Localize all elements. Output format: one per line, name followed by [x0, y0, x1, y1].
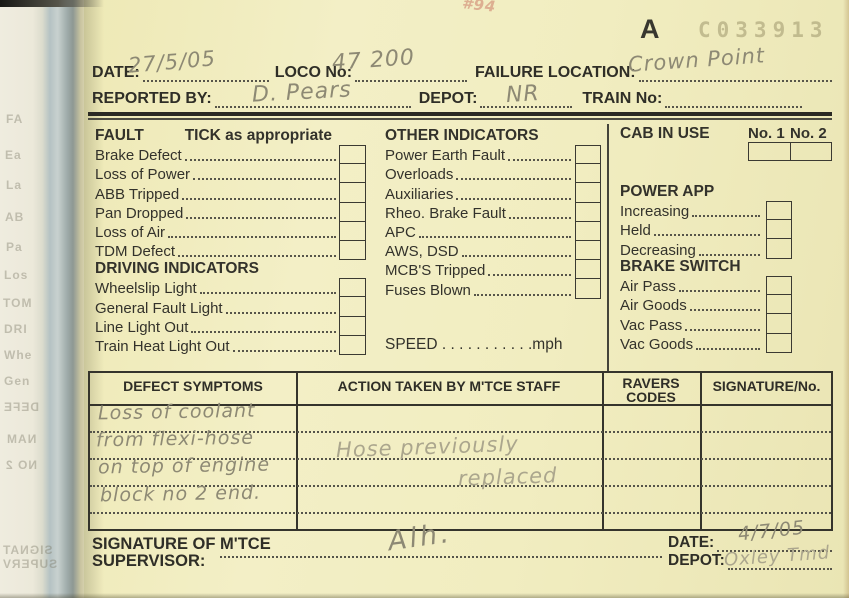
tick-box — [339, 317, 366, 336]
tick-box — [766, 220, 792, 239]
tick-box — [575, 203, 601, 222]
other-indicator-row: Rheo. Brake Fault — [385, 203, 601, 222]
tick-box — [575, 222, 601, 241]
footer-depot-label: DEPOT: — [668, 552, 728, 570]
fault-section: FAULT TICK as appropriate Brake Defect L… — [95, 127, 366, 355]
tick-box — [339, 222, 366, 241]
scan-edge-top — [0, 0, 130, 7]
fault-label: ABB Tripped — [95, 186, 182, 203]
cab-no1-box — [748, 143, 791, 161]
tick-box — [339, 164, 366, 183]
other-indicator-label: Fuses Blown — [385, 282, 474, 299]
train-no-field — [665, 94, 802, 108]
dotted-leader — [185, 159, 336, 161]
power-app-row: Increasing — [620, 201, 832, 220]
tick-box — [339, 278, 366, 297]
supervisor-signature-label: SIGNATURE OF M'TCE SUPERVISOR: — [92, 536, 271, 570]
tick-box — [339, 145, 366, 164]
bleed-text: Pa — [6, 240, 23, 254]
fault-row: Brake Defect — [95, 145, 366, 164]
header-row-2: REPORTED BY: DEPOT: TRAIN No: — [92, 90, 832, 108]
signature-no-header: SIGNATURE/No. — [700, 379, 833, 393]
fault-row: Loss of Power — [95, 164, 366, 183]
fault-label: Loss of Air — [95, 224, 168, 241]
dotted-leader — [685, 329, 760, 331]
dotted-leader — [456, 198, 571, 200]
tick-box — [575, 279, 601, 298]
form-series-letter: A — [640, 14, 660, 45]
driving-indicator-label: Train Heat Light Out — [95, 338, 233, 355]
other-indicator-label: Overloads — [385, 166, 456, 183]
other-indicator-row: AWS, DSD — [385, 241, 601, 260]
depot-handwriting: NR — [505, 81, 540, 108]
bleed-text: Whe — [4, 348, 32, 362]
reported-by-handwriting: D. Pears — [251, 77, 352, 107]
driving-indicator-label: General Fault Light — [95, 300, 226, 317]
dotted-leader — [508, 159, 571, 161]
tick-box — [575, 183, 601, 202]
cab-in-use-section: CAB IN USE No. 1 No. 2 — [620, 125, 832, 161]
bleed-text: AB — [5, 210, 24, 224]
defect-table: DEFECT SYMPTOMS ACTION TAKEN BY M'TCE ST… — [88, 371, 833, 531]
tick-box — [575, 260, 601, 279]
bleed-text: NO 2 — [5, 458, 37, 472]
brake-switch-label: Vac Goods — [620, 336, 696, 353]
fault-title: FAULT — [95, 127, 144, 145]
failure-location-label: FAILURE LOCATION: — [467, 64, 639, 82]
speed-field: SPEED . . . . . . . . . . .mph — [385, 336, 562, 354]
brake-switch-row: Vac Goods — [620, 334, 832, 353]
brake-switch-row: Air Goods — [620, 295, 832, 314]
defect-symptoms-header: DEFECT SYMPTOMS — [90, 379, 296, 393]
tick-box — [766, 201, 792, 220]
driving-indicator-label: Line Light Out — [95, 319, 191, 336]
bleed-text: FA — [6, 112, 23, 126]
tick-box — [766, 276, 792, 295]
driving-indicators-title: DRIVING INDICATORS — [95, 260, 366, 278]
depot-label: DEPOT: — [411, 90, 481, 108]
cab-in-use-title: CAB IN USE — [620, 125, 710, 143]
other-indicators-title: OTHER INDICATORS — [385, 127, 601, 145]
dotted-leader — [699, 254, 760, 256]
power-app-title: POWER APP — [620, 183, 832, 201]
scanned-failure-report-form: FA Ea La AB Pa Los TOM DRI Whe Gen DEFE … — [0, 0, 849, 598]
dotted-leader — [178, 255, 336, 257]
power-app-label: Decreasing — [620, 242, 699, 259]
dotted-leader — [191, 331, 336, 333]
brake-switch-title: BRAKE SWITCH — [620, 258, 832, 276]
cab-in-use-boxes — [748, 143, 832, 161]
other-indicator-row: MCB'S Tripped — [385, 260, 601, 279]
cab-no2-box — [791, 143, 833, 161]
brake-switch-row: Air Pass — [620, 276, 832, 295]
tick-box — [339, 183, 366, 202]
reported-by-label: REPORTED BY: — [92, 90, 215, 108]
scan-edge-right — [843, 0, 849, 598]
power-app-label: Held — [620, 222, 654, 239]
dotted-leader — [226, 312, 336, 314]
dotted-leader — [692, 215, 760, 217]
other-indicator-row: Fuses Blown — [385, 279, 601, 298]
dotted-leader — [654, 234, 760, 236]
dotted-leader — [193, 178, 336, 180]
dotted-leader — [419, 236, 571, 238]
dotted-leader — [168, 236, 336, 238]
dotted-leader — [233, 350, 336, 352]
defect-handwriting-line: block no 2 end. — [100, 482, 261, 507]
tick-box — [766, 239, 792, 258]
tick-box — [766, 314, 792, 333]
action-taken-header: ACTION TAKEN BY M'TCE STAFF — [296, 379, 602, 393]
dotted-leader — [696, 348, 760, 350]
power-app-row: Held — [620, 220, 832, 239]
book-spine: FA Ea La AB Pa Los TOM DRI Whe Gen DEFE … — [0, 0, 96, 598]
bleed-text: SIGNAT — [2, 543, 52, 557]
defect-handwriting-line: on top of engine — [98, 454, 270, 479]
other-indicator-label: Rheo. Brake Fault — [385, 205, 509, 222]
bleed-text: SUPERV — [2, 557, 57, 571]
tick-box — [339, 241, 366, 260]
power-app-section: POWER APP Increasing Held Decreasing — [620, 183, 832, 259]
fault-row: ABB Tripped — [95, 183, 366, 202]
action-handwriting-line: replaced — [458, 463, 558, 490]
other-indicator-label: Auxiliaries — [385, 186, 456, 203]
brake-switch-section: BRAKE SWITCH Air Pass Air Goods Vac Pass… — [620, 258, 832, 353]
brake-switch-row: Vac Pass — [620, 314, 832, 333]
tick-box — [575, 164, 601, 183]
dotted-leader — [182, 198, 336, 200]
train-no-label: TRAIN No: — [572, 90, 665, 108]
cab-no2-label: No. 2 — [790, 125, 832, 142]
fault-label: Pan Dropped — [95, 205, 186, 222]
driving-indicator-row: Wheelslip Light — [95, 278, 366, 297]
other-indicator-row: APC — [385, 222, 601, 241]
dotted-leader — [474, 294, 571, 296]
other-indicator-label: APC — [385, 224, 419, 241]
defect-handwriting-line: from flexi-hose — [96, 427, 254, 452]
cab-no1-label: No. 1 — [748, 125, 790, 142]
brake-switch-label: Air Pass — [620, 278, 679, 295]
other-indicator-label: Power Earth Fault — [385, 147, 508, 164]
tick-box — [339, 336, 366, 355]
other-indicators-section: OTHER INDICATORS Power Earth Fault Overl… — [385, 127, 601, 299]
dotted-leader — [488, 274, 571, 276]
other-indicator-row: Power Earth Fault — [385, 145, 601, 164]
driving-indicator-label: Wheelslip Light — [95, 280, 200, 297]
header-separator-thin — [88, 118, 832, 120]
brake-switch-label: Air Goods — [620, 297, 690, 314]
tick-box — [575, 145, 601, 164]
fault-label: TDM Defect — [95, 243, 178, 260]
dotted-leader — [186, 217, 336, 219]
dotted-leader — [679, 290, 760, 292]
table-vline — [296, 373, 298, 529]
fault-label: Loss of Power — [95, 166, 193, 183]
defect-handwriting-line: Loss of coolant — [98, 400, 256, 425]
bleed-text: NAM — [6, 432, 36, 446]
dotted-leader — [690, 309, 760, 311]
bleed-text: Los — [4, 268, 28, 282]
fault-label: Brake Defect — [95, 147, 185, 164]
driving-indicator-row: General Fault Light — [95, 297, 366, 316]
other-indicator-label: AWS, DSD — [385, 243, 462, 260]
power-app-label: Increasing — [620, 203, 692, 220]
other-indicator-label: MCB'S Tripped — [385, 262, 488, 279]
cab-number-headers: No. 1 No. 2 — [748, 125, 832, 143]
scan-edge-bottom — [0, 593, 849, 598]
other-indicator-row: Overloads — [385, 164, 601, 183]
bleed-text: DRI — [4, 322, 28, 336]
column-divider — [607, 124, 609, 371]
tick-box — [339, 297, 366, 316]
fault-row: Loss of Air — [95, 222, 366, 241]
bleed-text: DEFE — [3, 400, 39, 414]
header-separator — [88, 112, 832, 116]
dotted-leader — [200, 292, 336, 294]
footer-date-label: DATE: — [668, 534, 717, 552]
supervisor-signature-field — [220, 556, 662, 558]
tick-box — [766, 334, 792, 353]
table-writing-line — [90, 512, 831, 514]
brake-switch-label: Vac Pass — [620, 317, 685, 334]
fault-row: Pan Dropped — [95, 203, 366, 222]
other-indicator-row: Auxiliaries — [385, 183, 601, 202]
tick-box — [339, 203, 366, 222]
fault-row: TDM Defect — [95, 241, 366, 260]
fault-title-row: FAULT TICK as appropriate — [95, 127, 366, 145]
bleed-text: La — [6, 178, 22, 192]
ravers-codes-header: RAVERS CODES — [602, 376, 700, 404]
bleed-text: Gen — [4, 374, 30, 388]
bleed-text: Ea — [5, 148, 22, 162]
table-vline — [700, 373, 702, 529]
form-serial-number: C033913 — [698, 18, 829, 42]
dotted-leader — [509, 217, 571, 219]
driving-indicator-row: Train Heat Light Out — [95, 336, 366, 355]
tick-box — [575, 241, 601, 260]
tick-note: TICK as appropriate — [185, 127, 366, 145]
cab-in-use-header: CAB IN USE No. 1 No. 2 — [620, 125, 832, 143]
bleed-text: TOM — [3, 296, 32, 310]
driving-indicator-row: Line Light Out — [95, 317, 366, 336]
dotted-leader — [456, 178, 571, 180]
dotted-leader — [462, 255, 571, 257]
power-app-row: Decreasing — [620, 239, 832, 258]
tick-box — [766, 295, 792, 314]
